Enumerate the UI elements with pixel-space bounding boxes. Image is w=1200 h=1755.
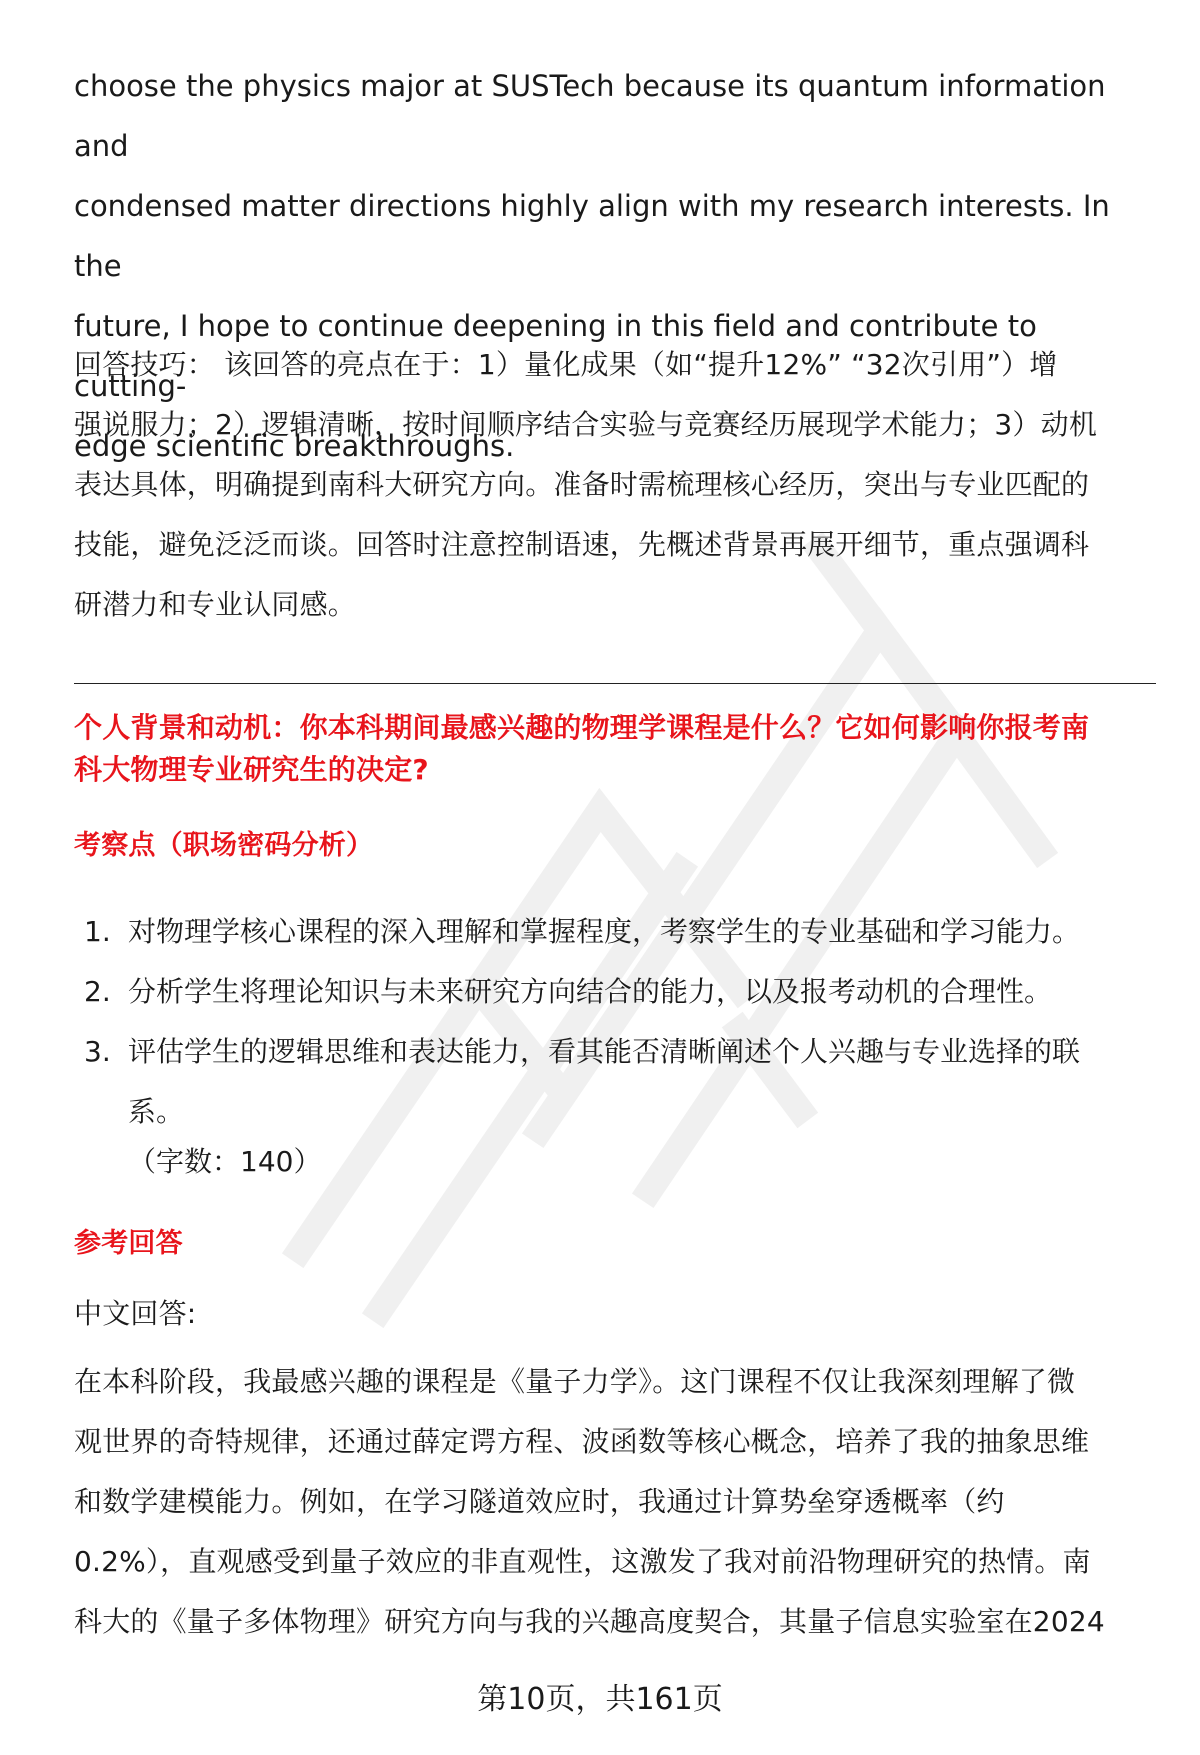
list-item: 3. 评估学生的逻辑思维和表达能力，看其能否清晰阐述个人兴趣与专业选择的联 系。 <box>74 1022 1154 1142</box>
text-line: 研潜力和专业认同感。 <box>74 588 356 621</box>
word-count: （字数：140） <box>128 1132 321 1192</box>
text-line: choose the physics major at SUSTech beca… <box>74 69 1106 163</box>
text-line: 个人背景和动机：你本科期间最感兴趣的物理学课程是什么？它如何影响你报考南 <box>74 711 1089 744</box>
question-heading: 个人背景和动机：你本科期间最感兴趣的物理学课程是什么？它如何影响你报考南 科大物… <box>74 707 1154 791</box>
text-line: 0.2%），直观感受到量子效应的非直观性，这激发了我对前沿物理研究的热情。南 <box>74 1545 1091 1578</box>
list-item-text: 评估学生的逻辑思维和表达能力，看其能否清晰阐述个人兴趣与专业选择的联 <box>128 1035 1080 1068</box>
list-number: 1. <box>84 902 111 962</box>
list-number: 2. <box>84 962 111 1022</box>
text-line: 表达具体，明确提到南科大研究方向。准备时需梳理核心经历，突出与专业匹配的 <box>74 468 1089 501</box>
reference-answer-heading: 参考回答 <box>74 1224 1154 1264</box>
text-line: 在本科阶段，我最感兴趣的课程是《量子力学》。这门课程不仅让我深刻理解了微 <box>74 1365 1075 1398</box>
text-line: 回答技巧： 该回答的亮点在于：1）量化成果（如“提升12%” “32次引用”）增 <box>74 348 1058 381</box>
list-item-text: 对物理学核心课程的深入理解和掌握程度，考察学生的专业基础和学习能力。 <box>128 915 1080 948</box>
text-line: 科大物理专业研究生的决定? <box>74 753 429 786</box>
list-number: 3. <box>84 1022 111 1082</box>
chinese-answer-label: 中文回答: <box>74 1292 1154 1336</box>
page-number-footer: 第10页，共161页 <box>0 1680 1200 1720</box>
text-line: 观世界的奇特规律，还通过薛定谔方程、波函数等核心概念，培养了我的抽象思维 <box>74 1425 1089 1458</box>
analysis-heading: 考察点（职场密码分析） <box>74 826 1154 866</box>
list-item-text: 系。 <box>128 1095 184 1128</box>
list-item-text: 分析学生将理论知识与未来研究方向结合的能力，以及报考动机的合理性。 <box>128 975 1052 1008</box>
text-line: 强说服力；2）逻辑清晰，按时间顺序结合实验与竞赛经历展现学术能力；3）动机 <box>74 408 1097 441</box>
text-line: 科大的《量子多体物理》研究方向与我的兴趣高度契合，其量子信息实验室在2024 <box>74 1605 1105 1638</box>
text-line: 技能，避免泛泛而谈。回答时注意控制语速，先概述背景再展开细节，重点强调科 <box>74 528 1089 561</box>
chinese-answer-paragraph: 在本科阶段，我最感兴趣的课程是《量子力学》。这门课程不仅让我深刻理解了微 观世界… <box>74 1352 1154 1652</box>
list-item: 1. 对物理学核心课程的深入理解和掌握程度，考察学生的专业基础和学习能力。 <box>74 902 1154 962</box>
section-divider <box>74 683 1156 684</box>
document-page: choose the physics major at SUSTech beca… <box>0 0 1200 1755</box>
text-line: condensed matter directions highly align… <box>74 189 1110 283</box>
answer-tips-paragraph: 回答技巧： 该回答的亮点在于：1）量化成果（如“提升12%” “32次引用”）增… <box>74 335 1154 635</box>
text-line: 和数学建模能力。例如，在学习隧道效应时，我通过计算势垒穿透概率（约 <box>74 1485 1005 1518</box>
list-item: 2. 分析学生将理论知识与未来研究方向结合的能力，以及报考动机的合理性。 <box>74 962 1154 1022</box>
analysis-points-list: 1. 对物理学核心课程的深入理解和掌握程度，考察学生的专业基础和学习能力。 2.… <box>74 902 1154 1142</box>
